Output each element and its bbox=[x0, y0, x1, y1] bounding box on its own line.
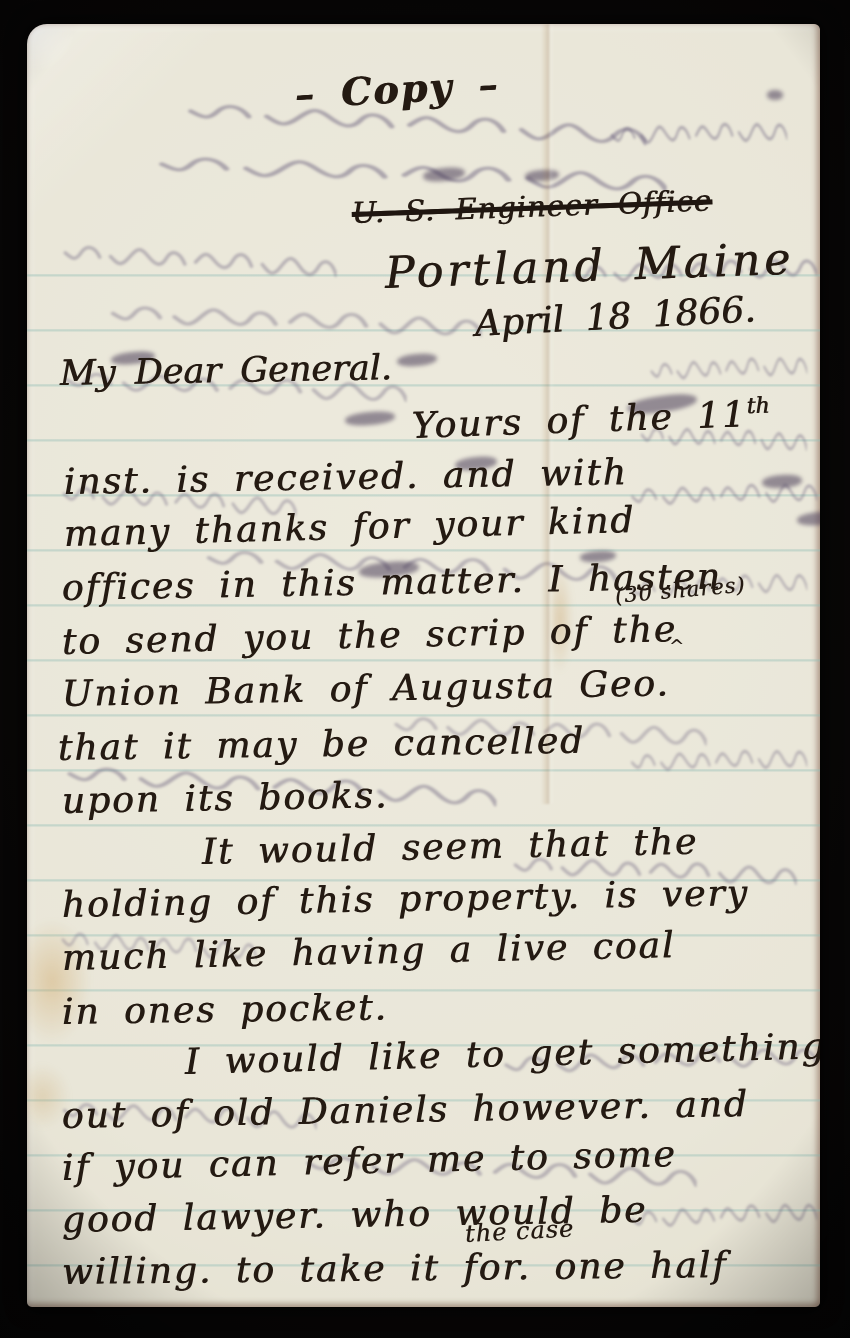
letter-line: much like having a live coal bbox=[62, 925, 676, 979]
letter-line: to send you the scrip of the bbox=[62, 609, 678, 663]
letter-line: in ones pocket. bbox=[62, 987, 389, 1033]
bleedthrough-mark bbox=[627, 477, 818, 514]
letter-line: that it may be cancelled bbox=[58, 721, 586, 769]
letter-line: holding of this property. is very bbox=[62, 873, 750, 926]
letterhead-text: U. S. Engineer Office bbox=[351, 183, 712, 230]
ink-smudge bbox=[797, 510, 820, 527]
insertion-caret: ^ bbox=[669, 636, 684, 657]
bleedthrough-mark bbox=[627, 743, 808, 779]
superscript: th bbox=[746, 394, 770, 420]
copy-label: – Copy – bbox=[294, 61, 501, 117]
insertion-the-case: the case bbox=[464, 1214, 575, 1248]
photo-background: – Copy – U. S. Engineer Office Portland … bbox=[0, 0, 850, 1338]
letter-line: upon its books. bbox=[62, 775, 389, 822]
place-line: Portland Maine bbox=[384, 234, 795, 299]
letter-page: – Copy – U. S. Engineer Office Portland … bbox=[27, 24, 820, 1307]
bleedthrough-mark bbox=[607, 116, 788, 152]
letterhead-struck: U. S. Engineer Office bbox=[351, 183, 712, 230]
ink-smudge bbox=[345, 410, 396, 427]
letter-line: It would seem that the bbox=[202, 822, 699, 873]
letter-line: Yours of the 11th bbox=[411, 394, 771, 447]
ink-smudge bbox=[422, 166, 465, 183]
letter-line: inst. is received. and with bbox=[64, 452, 629, 503]
bleedthrough-mark bbox=[102, 299, 483, 342]
letter-line: I would like to get something bbox=[184, 1026, 820, 1083]
ink-smudge bbox=[767, 90, 783, 100]
bleedthrough-mark bbox=[626, 1196, 817, 1236]
salutation: My Dear General. bbox=[60, 348, 393, 394]
letter-line: willing. to take it for. one half bbox=[62, 1245, 728, 1293]
bleedthrough-mark bbox=[56, 239, 337, 284]
letter-line-text: Yours of the 11 bbox=[411, 394, 748, 447]
salutation-text: My Dear General. bbox=[60, 348, 393, 394]
date-line: April 18 1866. bbox=[474, 289, 757, 345]
ink-smudge bbox=[525, 169, 560, 182]
bleedthrough-mark bbox=[646, 350, 807, 388]
letter-line: if you can refer me to some bbox=[62, 1134, 678, 1189]
ink-smudge bbox=[762, 474, 803, 490]
letter-line: Union Bank of Augusta Geo. bbox=[62, 663, 671, 715]
letter-line: out of old Daniels however. and bbox=[62, 1084, 750, 1137]
letter-line: many thanks for your kind bbox=[63, 500, 636, 555]
ink-smudge bbox=[397, 352, 438, 367]
